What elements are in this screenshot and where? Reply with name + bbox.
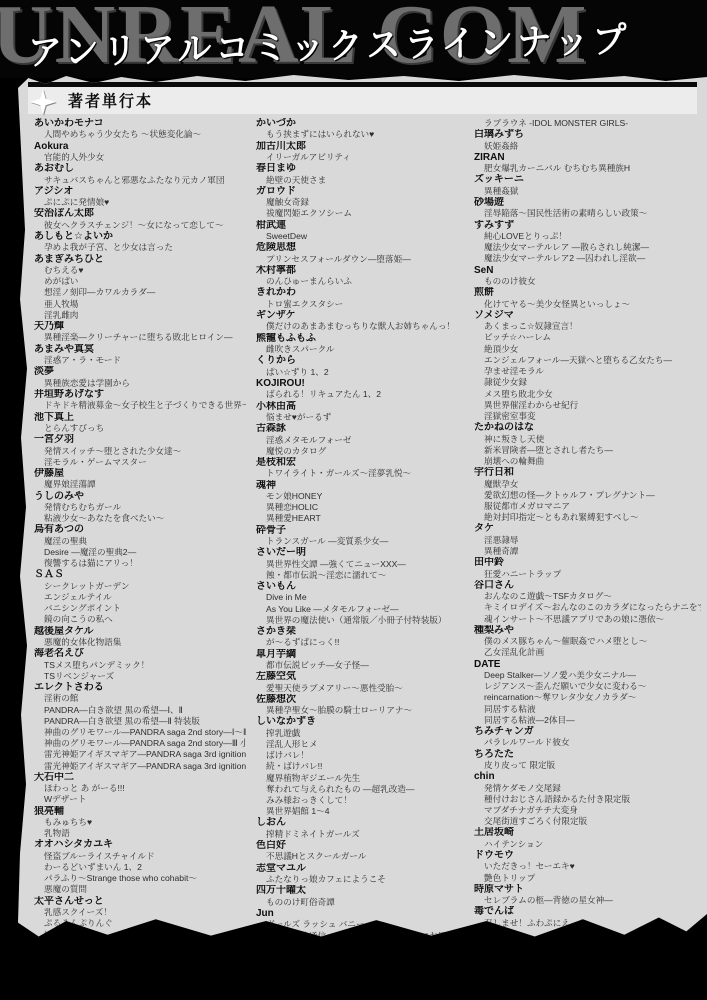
book-title: ばられる！リキュアたん 1、2 (256, 389, 464, 400)
content-panel: 著者単行本 あいかわモナコ人間やめちゃう少女たち ～状態変化論～Aokura官能… (18, 74, 707, 940)
author-name: 柑武連 (256, 220, 464, 231)
book-title: 絶対封印指定～ともあれ緊縛犯すべし～ (474, 512, 701, 523)
book-title: 不思議Hとスクールガール (256, 851, 464, 862)
author-name: 砕骨子 (256, 525, 464, 536)
book-title: 淫辱陥落～国民性活術の素晴らしい政策～ (474, 208, 701, 219)
book-title: 発情スイッチ～堕とされた少女達～ (34, 446, 246, 457)
author-name: 魂神 (256, 480, 464, 491)
book-title: 同居する粘液―2体目― (474, 715, 701, 726)
book-title: 搾々みーとぱい (34, 930, 246, 941)
book-title: 粘液少女～あなたを食べたい～ (34, 513, 246, 524)
book-title: 悩ませ♥がーるず (256, 412, 464, 423)
author-name: DATE (474, 659, 701, 670)
book-title: PANDRA―白き欲望 黒の希望―Ⅱ 特装版 (34, 716, 246, 727)
book-title: 妖姫姦絡 (474, 141, 701, 152)
author-name: 四万十曜太 (256, 885, 464, 896)
book-title: トランスガール ―変質系少女― (256, 536, 464, 547)
book-title: 僕だけのあまあまむっちりな獣人お姉ちゃんっ！ (256, 321, 464, 332)
author-name: あおむし (34, 163, 246, 174)
book-title: 奪われて与えられたもの ―超乳改造― (256, 784, 464, 795)
author-name: ちろたた (474, 749, 701, 760)
book-title: むちえる♥ (34, 265, 246, 276)
book-title: 魂インサート～不思議アプリであの娘に憑依～ (474, 614, 701, 625)
author-name: アジシオ (34, 186, 246, 197)
book-title: 狂愛ハニートラップ (474, 569, 701, 580)
author-name: 井垣野あげなす (34, 389, 246, 400)
author-name: 越後屋タケル (34, 626, 246, 637)
book-title: 異世界催淫わからせ紀行 (474, 400, 701, 411)
book-title: 乙女淫乱化計画 (474, 647, 701, 658)
book-title: 魔獣孕女 (474, 479, 701, 490)
author-name: トリスタ (474, 929, 701, 940)
book-title: イリーガルアビリティ (256, 152, 464, 163)
book-title: シークレットガーデン (34, 581, 246, 592)
book-title: 異世界娼館 1～4 (256, 806, 464, 817)
book-title: もののけ町俗奇譚 (256, 897, 464, 908)
book-title: が～るずぱにっく!! (256, 637, 464, 648)
author-name: 海老名えび (34, 648, 246, 659)
book-title: 想淫ノ刻印―カワルカラダ― (34, 287, 246, 298)
book-title: 異種淫楽―クリーチャーに堕ちる敗北ヒロイン― (34, 332, 246, 343)
author-name: ソメジマ (474, 310, 701, 321)
author-name: SeN (474, 265, 701, 276)
author-name: ドウモウ (474, 850, 701, 861)
book-title: 彼女へクラスチェンジ！～女になって恋して～ (34, 220, 246, 231)
book-title: 異種族恋愛は学園から (34, 378, 246, 389)
book-title: キミイロデイズ～おんなのこのカラダになったらナニをする?～ (474, 602, 701, 613)
author-name: 春日まゆ (256, 163, 464, 174)
author-name: Jun (256, 908, 464, 919)
book-title: のんひゅーまんらいふ (256, 276, 464, 287)
book-title: 崩壊への輪舞曲 (474, 456, 701, 467)
book-title: 乳物語 (34, 828, 246, 839)
book-title: トワイライト・ガールズ～淫夢乳悦～ (256, 468, 464, 479)
book-title: 発情ケダモノ交尾録 (474, 783, 701, 794)
book-title: もののけ彼女 (474, 276, 701, 287)
author-name: 白璃みずち (474, 129, 701, 140)
book-title: Dive in Me (256, 592, 464, 603)
book-title: TSメス堕ちパンデミック！ (34, 660, 246, 671)
author-name: うしのみや (34, 491, 246, 502)
book-title: わーるどいずまいん 1、2 (34, 862, 246, 873)
book-title: 艶色トリップ (474, 873, 701, 884)
author-name: ズッキーニ (474, 174, 701, 185)
book-title: SweetDew (256, 231, 464, 242)
book-title: reincarnation～奪ワレタ少女ノカラダ～ (474, 692, 701, 703)
author-name: 志堂マユル (256, 863, 464, 874)
book-title: みみ様おっきくして！ (256, 795, 464, 806)
author-name: 是枝和宏 (256, 457, 464, 468)
author-name: 煎餅 (474, 287, 701, 298)
author-name: くりから (256, 355, 464, 366)
book-title: 都市伝説ビッチ―女子怪― (256, 660, 464, 671)
book-title: 神に叛きし天使 (474, 434, 701, 445)
book-title: 復讐するは猫にアリっ！ (34, 558, 246, 569)
author-name: 烏有あつの (34, 524, 246, 535)
author-name: 砂場遊 (474, 197, 701, 208)
book-title: 発情むちむちガール (34, 502, 246, 513)
book-title: サキュバスちゃんと邪悪なふたなり元カノ軍団 (34, 175, 246, 186)
author-name: 一宮夕羽 (34, 434, 246, 445)
book-title: 異種姦獄 (474, 186, 701, 197)
author-name: 天乃輝 (34, 321, 246, 332)
book-title: 淫モラル・ゲームマスター (34, 457, 246, 468)
book-title: 淫術の館 (34, 693, 246, 704)
author-name: 加古川太郎 (256, 141, 464, 152)
book-title: 怪盗ブルーライスチャイルド (34, 851, 246, 862)
book-title: 異種愛HEART (256, 513, 464, 524)
book-title: ガールズ ラッシュ バニー (256, 919, 464, 930)
book-title: マブダチナガチチ大変身 (474, 805, 701, 816)
author-name: たかねのはな (474, 422, 701, 433)
book-title: もみゅちち♥ (34, 817, 246, 828)
book-title: ドキドキ精液募金～女子校生と子づくりできる世界～ (34, 400, 246, 411)
book-title: 同居する粘液 (474, 704, 701, 715)
book-title: ぱい☆ずり 1、2 (256, 367, 464, 378)
book-title: Deep Stalker―ソノ愛ハ美少女ニナル― (474, 670, 701, 681)
author-name: 池下真上 (34, 412, 246, 423)
book-title: 絶頂少女 (474, 344, 701, 355)
author-name: しおん (256, 817, 464, 828)
book-title: 皮り皮って 限定版 (474, 760, 701, 771)
book-column: ラブラウネ -IDOL MONSTER GIRLS-白璃みずち妖姫姦絡ZIRAN… (474, 118, 701, 940)
book-title: プリンセスフォールダウン―堕落姫― (256, 254, 464, 265)
author-name: 色白好 (256, 840, 464, 851)
author-name: 毒でんば (474, 906, 701, 917)
book-title: 魔法少女マーテルレア2 ―囚われし淫欲― (474, 253, 701, 264)
book-title: ぷにぷに発情娘♥ (34, 197, 246, 208)
section-title: 著者単行本 (68, 89, 153, 111)
book-title: メス堕ち敗北少女 (474, 389, 701, 400)
book-title: 絶壁の天使さま (256, 175, 464, 186)
book-title: 孕めよ我が子宮、と少女は言った (34, 242, 246, 253)
book-title: 異種恋HOLIC (256, 502, 464, 513)
author-name: chin (474, 771, 701, 782)
book-title: エンジェルフォール―天獄へと堕ちる乙女たち― (474, 355, 701, 366)
book-title: 魔法少女マーテルレア ―散らされし純潔― (474, 242, 701, 253)
author-name: 淡夢 (34, 366, 246, 377)
book-title: 化けてヤる～美少女怪異といっしょ～ (474, 299, 701, 310)
author-name: 伊藤屋 (34, 468, 246, 479)
author-name: ＳＡＳ (34, 569, 246, 580)
author-name: すみすず (474, 220, 701, 231)
book-title: セレブラムの柩―背徳の星女神― (474, 895, 701, 906)
author-name: 大石中二 (34, 772, 246, 783)
book-title: 異世界性交譚 ―強くてニューXXX― (256, 559, 464, 570)
author-name: 木村寧都 (256, 265, 464, 276)
book-title: ふたなりっ娘カフェにようこそ (256, 874, 464, 885)
author-name: あまぎみちひと (34, 254, 246, 265)
author-name: 安治ぽん太郎 (34, 208, 246, 219)
author-name: 危険思想 (256, 242, 464, 253)
book-title: 新米冒険者―堕とされし者たち― (474, 445, 701, 456)
book-title: ラブラウネ -IDOL MONSTER GIRLS- (474, 118, 701, 129)
book-title: パラふり～Strange those who cohabit～ (34, 873, 246, 884)
catalog-page: { "header": { "bg_text": "UNREAL COM", "… (0, 0, 707, 1000)
author-name: しいなかずき (256, 716, 464, 727)
author-name: きれかわ (256, 287, 464, 298)
book-title: 淫惑メタモルフォーゼ (256, 435, 464, 446)
book-title: いただきっ！セーエキ♥ (474, 861, 701, 872)
author-name: エレクトさわる (34, 682, 246, 693)
author-name: KOJIROU! (256, 378, 464, 389)
book-title: おんなのこ遊戯～TSFカタログ～ (474, 591, 701, 602)
book-title: Desire ―魔淫の聖典2― (34, 547, 246, 558)
book-title: 召しませ！ふわぷにえっち (474, 918, 701, 929)
book-title: ほわっと あ がーる!!! (34, 783, 246, 794)
author-name: 狼亮輔 (34, 806, 246, 817)
book-title: 官能的人外少女 (34, 152, 246, 163)
book-title: ぷるるんぷりんぐ (34, 918, 246, 929)
author-name: 左藤空気 (256, 671, 464, 682)
book-title: 孕ませ淫モラル (474, 366, 701, 377)
author-name: ガロウド (256, 186, 464, 197)
book-title: 淫乳雌肉 (34, 310, 246, 321)
author-name: 土居坂崎 (474, 827, 701, 838)
section-bar: 著者単行本 (28, 82, 697, 114)
book-title: 雷光神姫アイギスマギア―PANDRA saga 3rd ignition― おっ… (34, 749, 246, 760)
author-name: 熊寵もふもふ (256, 333, 464, 344)
book-title: 魔界植物ギジエール先生 (256, 773, 464, 784)
book-title: 蝕・都市伝説～淫恋に濡れて～ (256, 570, 464, 581)
author-name: 宇行日和 (474, 467, 701, 478)
book-title: 鏡の向こうの私へ (34, 614, 246, 625)
book-title: モン娘HONEY (256, 491, 464, 502)
book-title: ビッチ☆ハーレム (474, 332, 701, 343)
book-title: ハイテンション (474, 839, 701, 850)
book-title: もう挟まずにはいられない♥ (256, 129, 464, 140)
book-title: 神曲のグリモワール―PANDRA saga 2nd story―Ⅰ～Ⅲ (34, 727, 246, 738)
page-header: UNREAL COM アンリアルコミックスラインナップ (0, 0, 707, 78)
book-title: 悪魔の質問 (34, 884, 246, 895)
book-title: けものっ娘通信～理想のケモ娘、あなたにお届け♥～ (256, 931, 464, 940)
author-name: 太平さんせっと (34, 896, 246, 907)
author-name: 小林由高 (256, 401, 464, 412)
book-title: めがぱい (34, 276, 246, 287)
book-column: あいかわモナコ人間やめちゃう少女たち ～状態変化論～Aokura官能的人外少女あ… (34, 118, 246, 940)
book-title: 搾精ドミネイトガールズ (256, 829, 464, 840)
author-name: 種梨みや (474, 625, 701, 636)
author-name: さかき栞 (256, 626, 464, 637)
author-name: 皐月芋綱 (256, 649, 464, 660)
book-title: あくまっこ☆奴隷宣言！ (474, 321, 701, 332)
book-title: 搾乳遊戯 (256, 728, 464, 739)
book-title: 交尾街道すごろく付限定版 (474, 816, 701, 827)
book-title: 淫獄密室事変 (474, 411, 701, 422)
book-title: 亜人牧場 (34, 299, 246, 310)
book-title: 続・ばけバレ!! (256, 761, 464, 772)
book-title: 隷従少女録 (474, 377, 701, 388)
book-columns: あいかわモナコ人間やめちゃう少女たち ～状態変化論～Aokura官能的人外少女あ… (18, 114, 707, 940)
book-title: 愛聖天使ラブメアリー～悪性受胎～ (256, 683, 464, 694)
book-title: As You Like ―メタモルフォーゼ― (256, 604, 464, 615)
author-name: オオハシタカユキ (34, 839, 246, 850)
author-name: さいだー明 (256, 547, 464, 558)
sparkle-icon (30, 89, 56, 115)
author-name: あまみや真冥 (34, 344, 246, 355)
book-title: 魔悦のカタログ (256, 446, 464, 457)
author-name: さいもん (256, 581, 464, 592)
book-column: かいづかもう挟まずにはいられない♥加古川太郎イリーガルアビリティ春日まゆ絶壁の天… (256, 118, 464, 940)
author-name: ちみチャンガ (474, 726, 701, 737)
book-title: 淫乱人形ヒメ (256, 739, 464, 750)
book-title: PANDRA―白き欲望 黒の希望―Ⅰ、Ⅱ (34, 705, 246, 716)
book-title: 淫悪隷辱 (474, 535, 701, 546)
author-name: あしもと☆よいか (34, 231, 246, 242)
book-title: 僕のメス豚ちゃん～催眠姦でハメ堕とし～ (474, 636, 701, 647)
book-title: とらんすびっち (34, 423, 246, 434)
book-title: 悪魔的女体化物語集 (34, 637, 246, 648)
book-title: 異世界の魔法使い（通常版／小冊子付特装版） (256, 615, 464, 626)
book-title: 人間やめちゃう少女たち ～状態変化論～ (34, 129, 246, 140)
book-title: 服従都市メガロマニア (474, 501, 701, 512)
book-title: 魔触女奇録 (256, 197, 464, 208)
book-title: 祓魔閃姫エクソシーム (256, 208, 464, 219)
book-title: エンジェルテイル (34, 592, 246, 603)
author-name: Aokura (34, 141, 246, 152)
book-title: 異種奇譚 (474, 546, 701, 557)
book-title: ばけバレ！ (256, 750, 464, 761)
book-title: バニシングポイント (34, 603, 246, 614)
book-title: 異種孕聖女～胎膜の騎士ローリアナ～ (256, 705, 464, 716)
book-title: 愛欲幻想の怪―クトゥルフ・プレグナント― (474, 490, 701, 501)
book-title: 雷光神姫アイギスマギア―PANDRA saga 3rd ignition―Ⅰ～Ⅳ (34, 761, 246, 772)
book-title: 肥女爆乳カーニバル むちむち異種族H (474, 163, 701, 174)
author-name: 田中鈴 (474, 557, 701, 568)
author-name: 時原マサト (474, 884, 701, 895)
book-title: 淫惑ア・ラ・モード (34, 355, 246, 366)
bottom-black-strip (0, 940, 707, 1000)
book-title: Wデザート (34, 794, 246, 805)
author-name: 佐藤想次 (256, 694, 464, 705)
book-title: 種付けおじさん語録かるた付き限定版 (474, 794, 701, 805)
book-title: パラレルワールド彼女 (474, 737, 701, 748)
author-name: ZIRAN (474, 152, 701, 163)
author-name: 谷口さん (474, 580, 701, 591)
book-title: TSリベンジャーズ (34, 671, 246, 682)
author-name: 古森詠 (256, 423, 464, 434)
book-title: 魔界娘淫蕩譚 (34, 479, 246, 490)
author-name: タケ (474, 523, 701, 534)
author-name: あいかわモナコ (34, 118, 246, 129)
author-name: かいづか (256, 118, 464, 129)
book-title: レジアンス～歪んだ願いで少女に変わる～ (474, 681, 701, 692)
book-title: トロ蜜エクスタシー (256, 299, 464, 310)
book-title: 魔淫の聖典 (34, 536, 246, 547)
book-title: 純心LOVEとりっぷ！ (474, 231, 701, 242)
book-title: 乳感スクイーズ！ (34, 907, 246, 918)
author-name: ギンザケ (256, 310, 464, 321)
book-title: 雌吹きスパークル (256, 344, 464, 355)
book-title: 神曲のグリモワール―PANDRA saga 2nd story―Ⅲ 小冊子付特装… (34, 738, 246, 749)
